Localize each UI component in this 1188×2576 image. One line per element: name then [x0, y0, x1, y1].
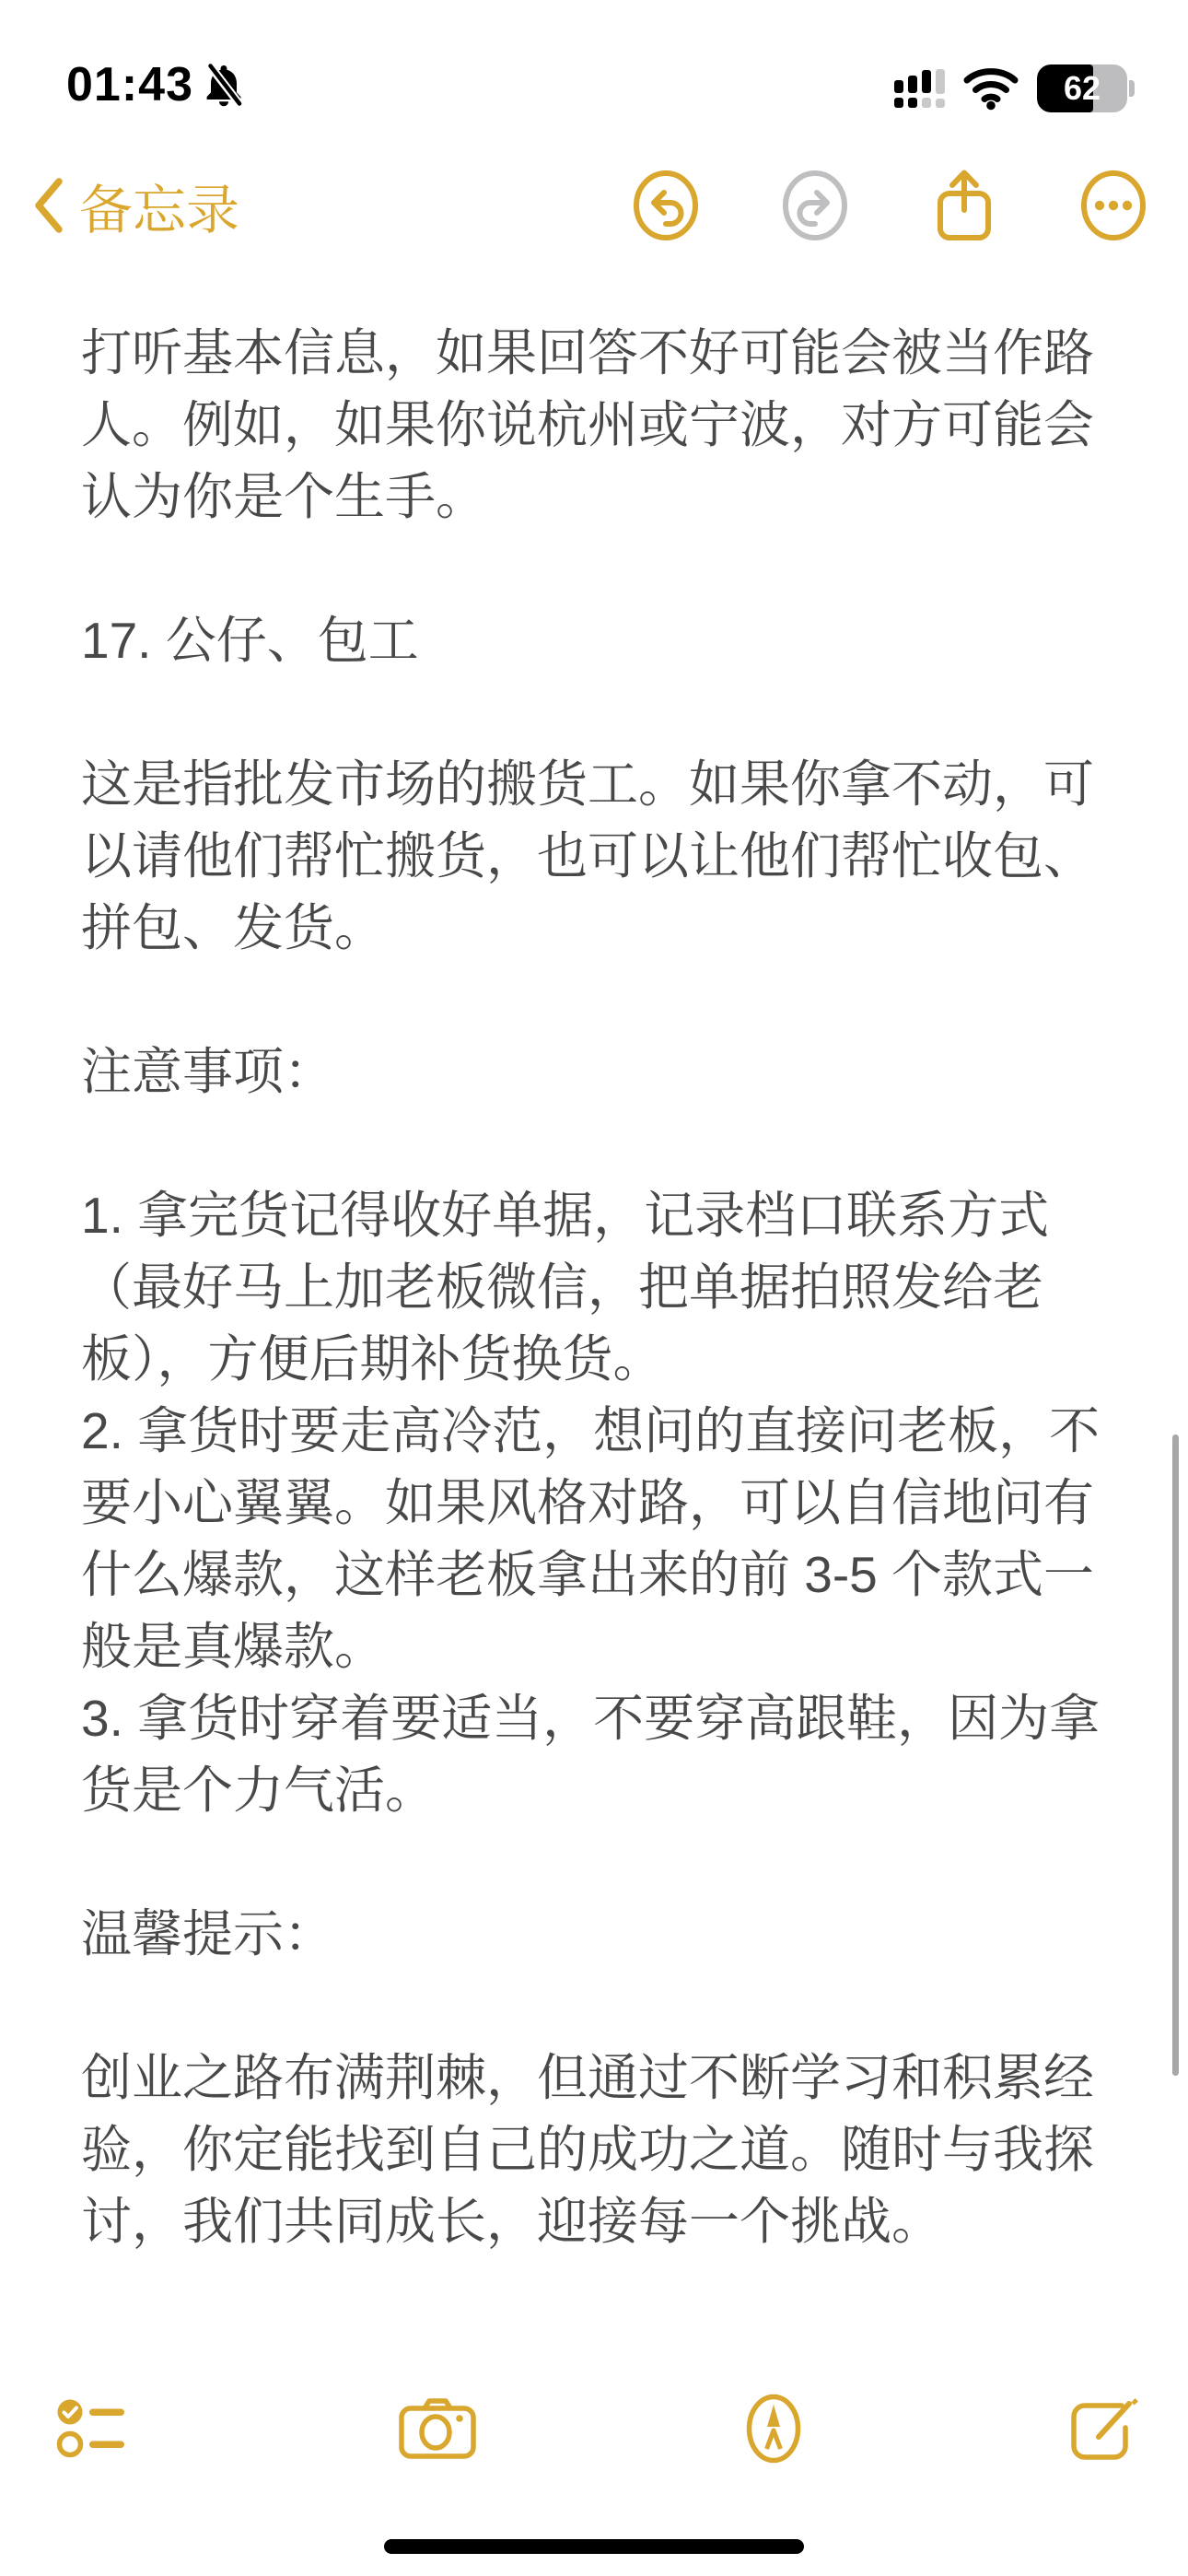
share-icon[interactable]	[930, 170, 998, 241]
notes-app-screen: 01:43	[0, 0, 1188, 2576]
note-blank-line	[81, 1107, 1109, 1179]
note-paragraph: 2. 拿货时要走高冷范，想问的直接问老板，不要小心翼翼。如果风格对路，可以自信地…	[81, 1395, 1109, 1682]
checklist-icon[interactable]	[55, 2397, 131, 2460]
note-blank-line	[81, 1970, 1109, 2042]
wifi-icon	[961, 66, 1020, 111]
more-icon[interactable]	[1079, 170, 1147, 241]
note-paragraph: 打听基本信息，如果回答不好可能会被当作路人。例如，如果你说杭州或宁波，对方可能会…	[81, 317, 1109, 533]
nav-bar: 备忘录	[0, 138, 1188, 272]
status-right: 62	[894, 64, 1135, 112]
home-indicator[interactable]	[384, 2539, 804, 2554]
note-paragraph: 这是指批发市场的搬货工。如果你拿不动，可以请他们帮忙搬货，也可以让他们帮忙收包、…	[81, 748, 1109, 964]
status-bar: 01:43	[0, 0, 1188, 129]
undo-icon[interactable]	[632, 170, 700, 241]
note-paragraph: 3. 拿货时穿着要适当，不要穿高跟鞋，因为拿货是个力气活。	[81, 1682, 1109, 1826]
clock-time: 01:43	[66, 57, 193, 112]
cellular-signal-icon	[894, 69, 945, 108]
back-button[interactable]: 备忘录	[31, 167, 239, 244]
back-button-label: 备忘录	[79, 167, 239, 244]
status-left: 01:43	[66, 57, 245, 112]
scrollbar-thumb[interactable]	[1172, 1434, 1179, 2076]
note-body[interactable]: 打听基本信息，如果回答不好可能会被当作路人。例如，如果你说杭州或宁波，对方可能会…	[0, 267, 1188, 2257]
compose-icon[interactable]	[1068, 2393, 1140, 2465]
bottom-toolbar	[0, 2383, 1188, 2475]
note-paragraph: 17. 公仔、包工	[81, 604, 1109, 676]
note-paragraph: 1. 拿完货记得收好单据，记录档口联系方式（最好马上加老板微信，把单据拍照发给老…	[81, 1179, 1109, 1395]
note-paragraph: 温馨提示：	[81, 1898, 1109, 1970]
chevron-left-icon	[31, 176, 64, 235]
redo-icon	[781, 170, 849, 241]
note-blank-line	[81, 1826, 1109, 1898]
note-paragraph: 创业之路布满荆棘，但通过不断学习和积累经验，你定能找到自己的成功之道。随时与我探…	[81, 2042, 1109, 2257]
bell-slash-icon	[203, 62, 245, 108]
markup-icon[interactable]	[745, 2392, 802, 2465]
nav-actions	[632, 170, 1147, 241]
note-blank-line	[81, 964, 1109, 1036]
note-blank-line	[81, 533, 1109, 604]
note-paragraph: 注意事项：	[81, 1036, 1109, 1107]
battery-icon: 62	[1037, 64, 1135, 112]
camera-icon[interactable]	[397, 2396, 478, 2461]
note-blank-line	[81, 676, 1109, 748]
battery-percent-label: 62	[1037, 64, 1127, 112]
